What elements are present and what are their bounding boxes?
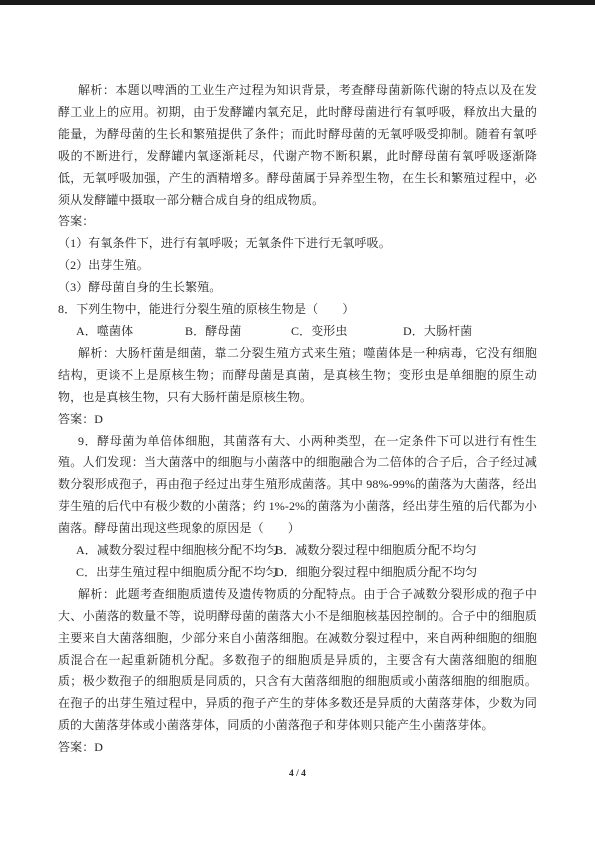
option-8b: B．酵母菌	[185, 321, 291, 343]
option-9d: D．细胞分裂过程中细胞质分配不均匀	[275, 562, 477, 584]
document-content: 解析：本题以啤酒的工业生产过程为知识背景，考查酵母菌新陈代谢的特点以及在发酵工业…	[58, 80, 537, 759]
option-9a: A．减数分裂过程中细胞核分配不均匀	[76, 540, 275, 562]
option-8a: A．噬菌体	[76, 321, 185, 343]
answer-item-2: （2）出芽生殖。	[58, 255, 537, 277]
option-8c: C．变形虫	[291, 321, 403, 343]
page-top-border	[0, 0, 595, 5]
question-9-stem: 9．酵母菌为单倍体细胞，其菌落有大、小两种类型，在一定条件下可以进行有性生殖。人…	[58, 431, 537, 541]
question-8-options-row: A．噬菌体 B．酵母菌 C．变形虫 D．大肠杆菌	[58, 321, 537, 343]
analysis-paragraph-q8: 解析：大肠杆菌是细菌，靠二分裂生殖方式来生殖；噬菌体是一种病毒，它没有细胞结构，…	[58, 343, 537, 409]
answer-q8: 答案：D	[58, 409, 537, 431]
question-8-stem: 8．下列生物中，能进行分裂生殖的原核生物是（ ）	[58, 299, 537, 321]
analysis-paragraph-q7: 解析：本题以啤酒的工业生产过程为知识背景，考查酵母菌新陈代谢的特点以及在发酵工业…	[58, 80, 537, 211]
page-footer: 4 / 4	[0, 769, 595, 779]
option-9c: C．出芽生殖过程中细胞质分配不均匀	[76, 562, 275, 584]
question-9-options-row-cd: C．出芽生殖过程中细胞质分配不均匀 D．细胞分裂过程中细胞质分配不均匀	[58, 562, 537, 584]
analysis-paragraph-q9: 解析：此题考查细胞质遗传及遗传物质的分配特点。由于合子减数分裂形成的孢子中大、小…	[58, 584, 537, 737]
document-page: 解析：本题以啤酒的工业生产过程为知识背景，考查酵母菌新陈代谢的特点以及在发酵工业…	[0, 0, 595, 841]
question-9-options-row-ab: A．减数分裂过程中细胞核分配不均匀 B．减数分裂过程中细胞质分配不均匀	[58, 540, 537, 562]
answer-item-1: （1）有氧条件下，进行有氧呼吸；无氧条件下进行无氧呼吸。	[58, 233, 537, 255]
option-8d: D．大肠杆菌	[403, 321, 472, 343]
answer-item-3: （3）酵母菌自身的生长繁殖。	[58, 277, 537, 299]
answer-q9: 答案：D	[58, 737, 537, 759]
page-number: 4 / 4	[289, 769, 306, 779]
answer-heading-q7: 答案：	[58, 211, 537, 233]
option-9b: B．减数分裂过程中细胞质分配不均匀	[275, 540, 477, 562]
